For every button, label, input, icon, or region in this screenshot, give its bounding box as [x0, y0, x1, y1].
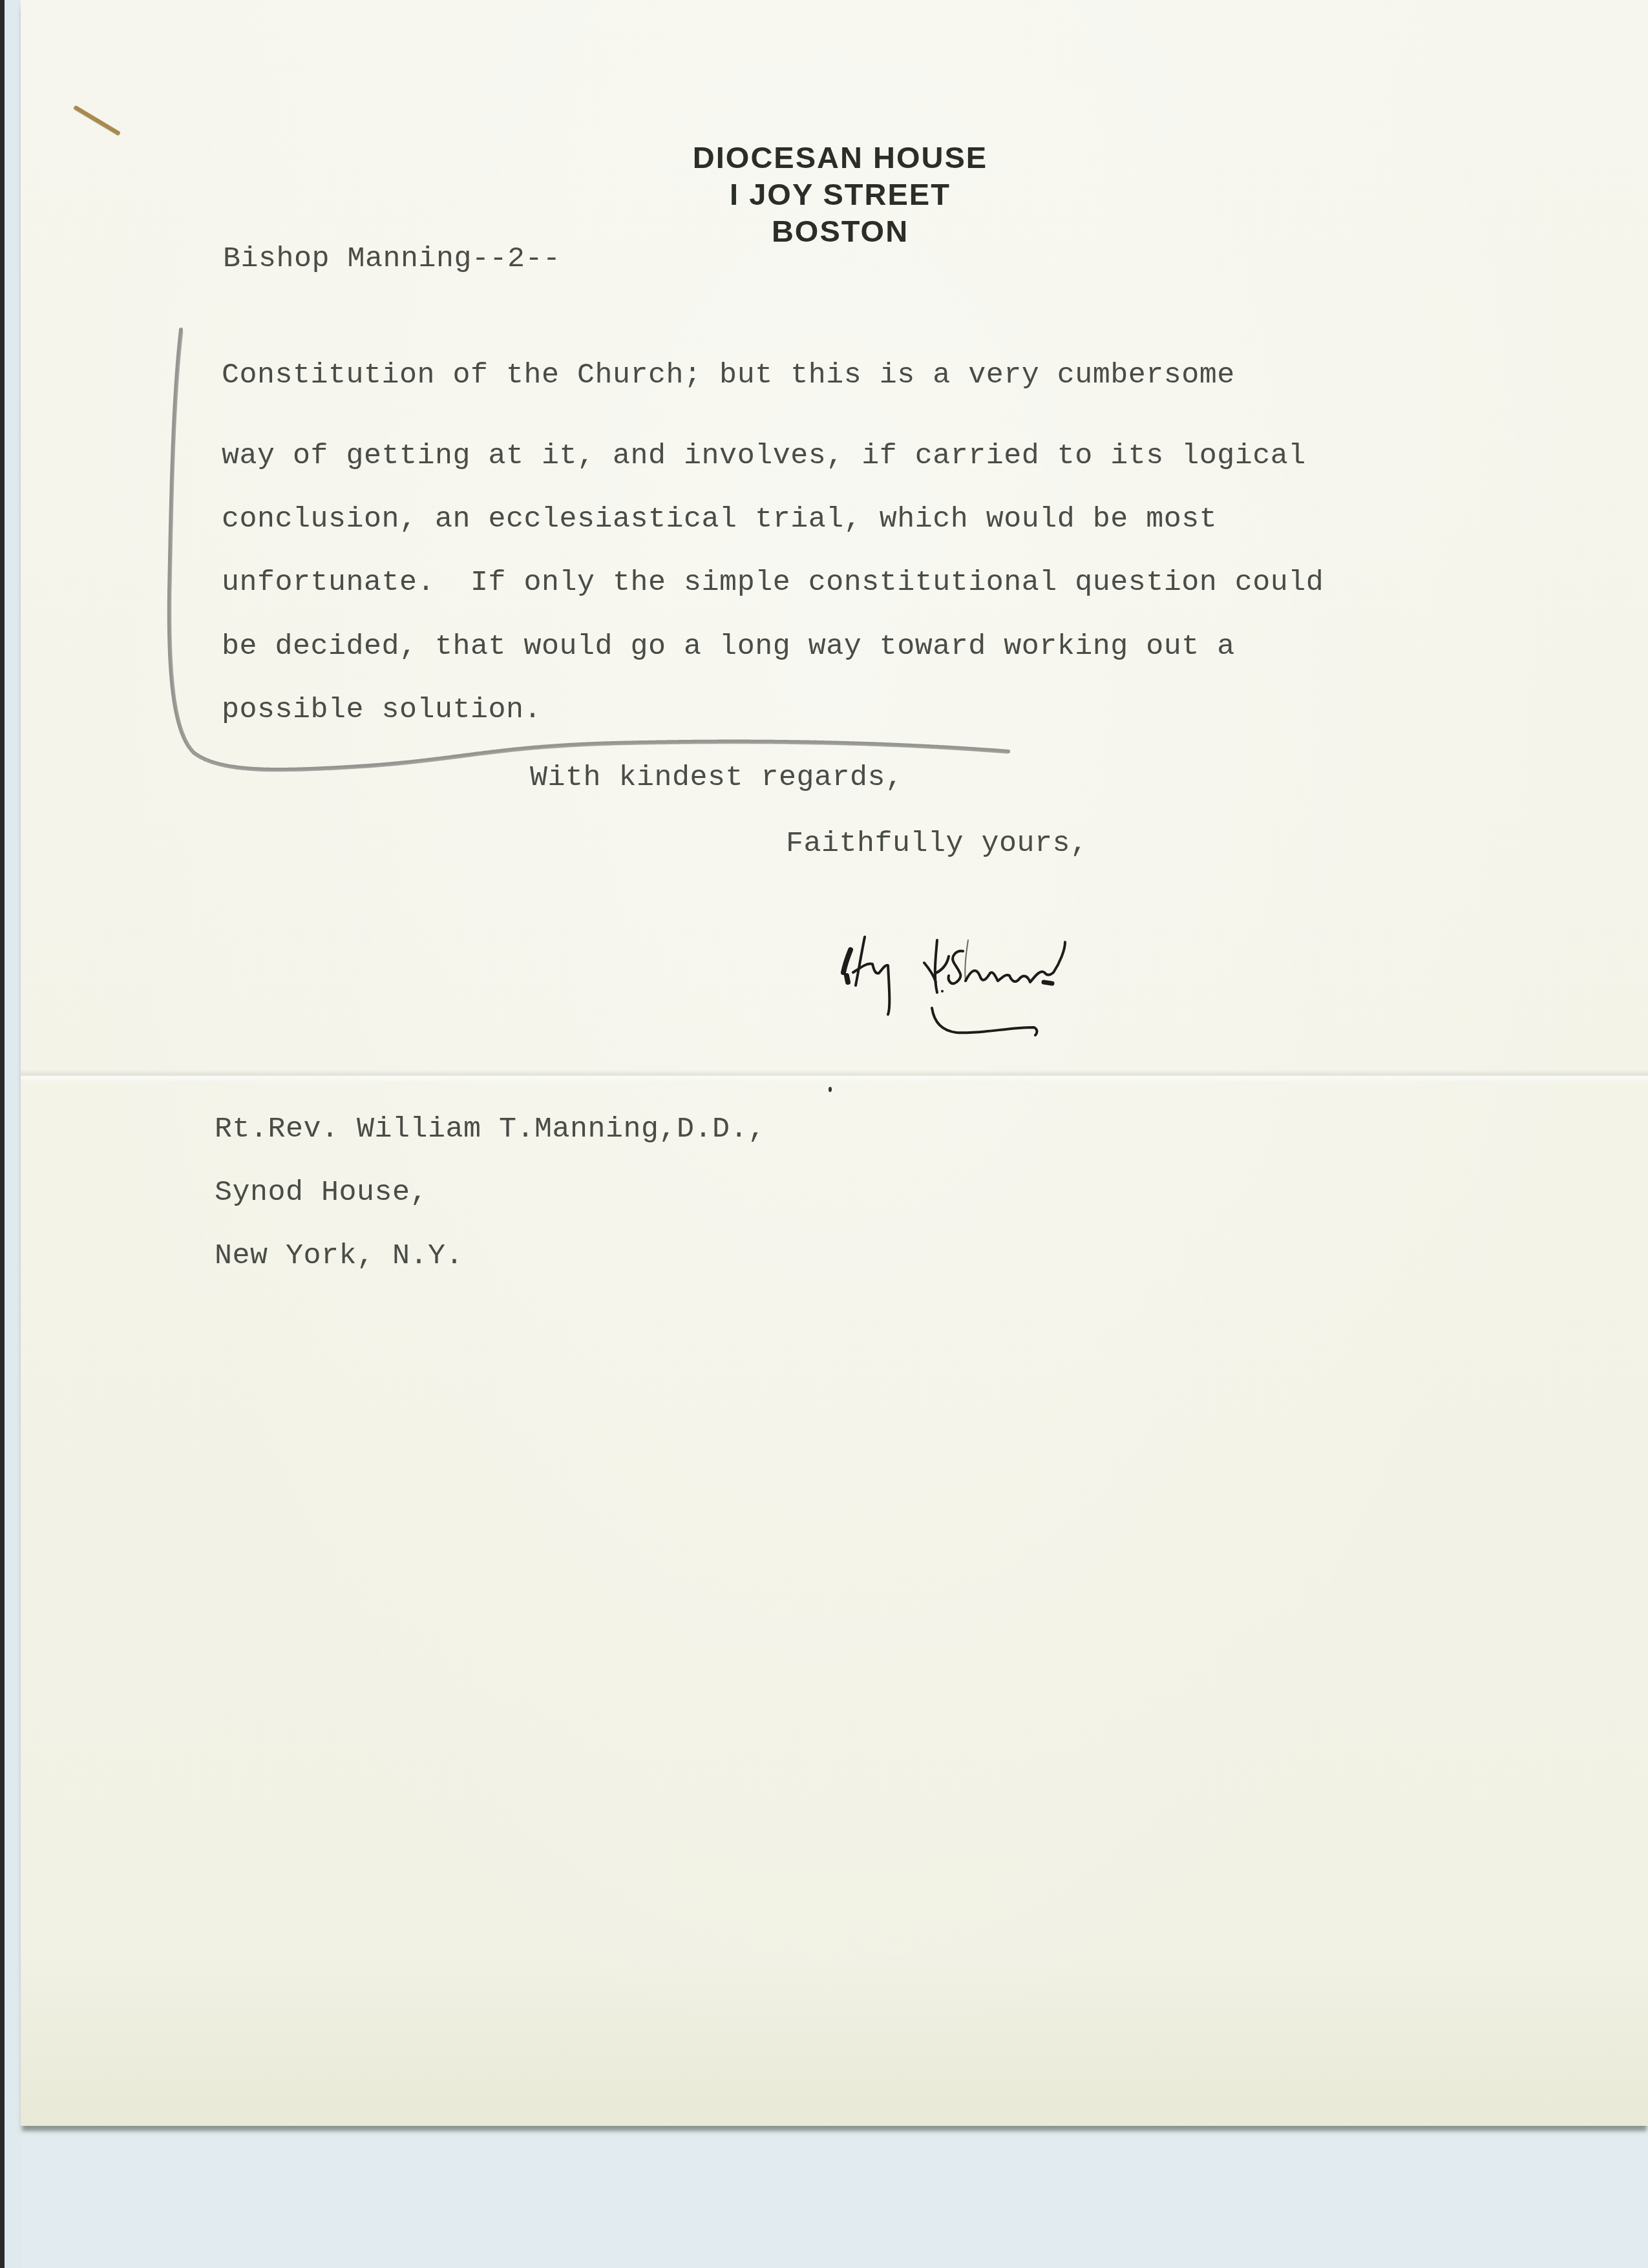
recipient-name: Rt.Rev. William T.Manning,D.D., [215, 1113, 766, 1146]
body-line: unfortunate. If only the simple constitu… [222, 566, 1324, 599]
recipient-city: New York, N.Y. [215, 1239, 463, 1272]
body-line: conclusion, an ecclesiastical trial, whi… [222, 503, 1217, 536]
handwritten-signature [827, 911, 1189, 1040]
body-line: possible solution. [222, 693, 542, 726]
body-line: way of getting at it, and involves, if c… [222, 439, 1306, 472]
scanner-margin [5, 0, 21, 2268]
letterhead-city: BOSTON [659, 213, 1021, 249]
ink-speck [829, 1087, 832, 1092]
letterhead-org: DIOCESAN HOUSE [659, 139, 1021, 176]
body-line: be decided, that would go a long way tow… [222, 630, 1235, 663]
page-header: Bishop Manning--2-- [223, 242, 561, 275]
letter-page [21, 0, 1648, 2126]
closing-regards: With kindest regards, [530, 761, 903, 794]
recipient-building: Synod House, [215, 1176, 428, 1209]
closing-valediction: Faithfully yours, [786, 827, 1088, 860]
paper-fold-crease [21, 1069, 1648, 1082]
scanner-edge [0, 0, 5, 2268]
letterhead-street: I JOY STREET [659, 176, 1021, 213]
letterhead: DIOCESAN HOUSE I JOY STREET BOSTON [659, 139, 1021, 249]
body-line: Constitution of the Church; but this is … [222, 359, 1235, 392]
